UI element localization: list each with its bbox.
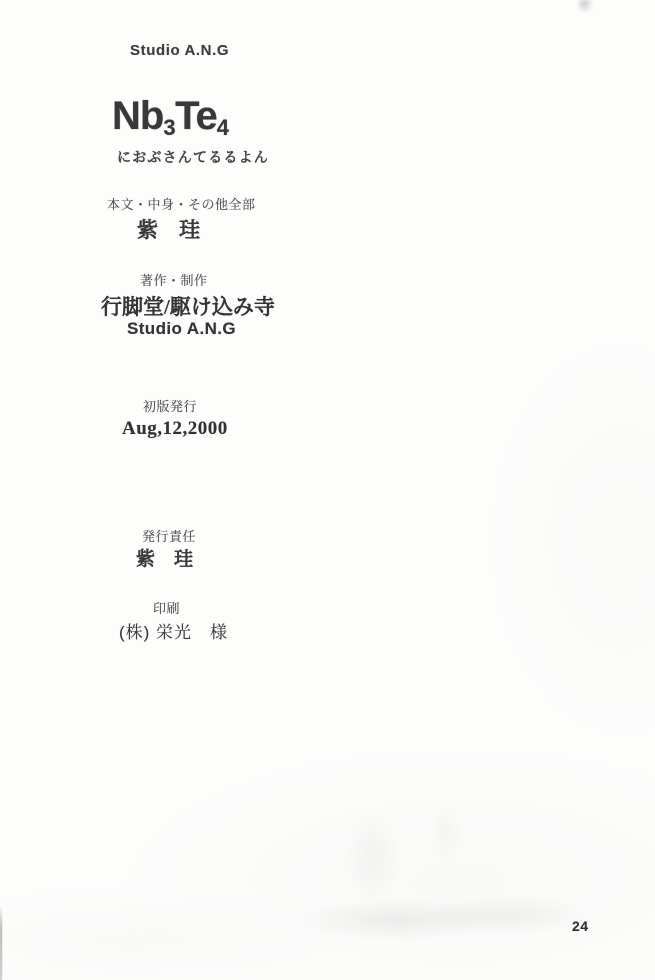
credit-label-printing: 印刷 bbox=[153, 598, 180, 617]
studio-name-header: Studio A.N.G bbox=[130, 42, 229, 59]
credit-value-body-text-author: 紫 珪 bbox=[137, 214, 200, 244]
book-title: Nb3Te4 bbox=[112, 94, 229, 139]
page-number: 24 bbox=[572, 918, 589, 934]
colophon-page: Studio A.N.G Nb3Te4 におぶさんてるるよん 本文・中身・その他… bbox=[0, 0, 655, 980]
book-title-kana-reading: におぶさんてるるよん bbox=[117, 147, 269, 167]
credit-value-publication-date: Aug,12,2000 bbox=[122, 418, 228, 440]
credit-value-circle-name: 行脚堂/駆け込み寺 bbox=[101, 291, 275, 321]
credit-value-publisher-name: 紫 珪 bbox=[136, 544, 193, 571]
credit-value-studio-name: Studio A.N.G bbox=[127, 319, 236, 339]
scan-smudge-top-right bbox=[578, 0, 594, 14]
credit-label-publishing-responsibility: 発行責任 bbox=[142, 526, 196, 545]
credit-label-authorship: 著作・制作 bbox=[140, 270, 208, 289]
credit-value-printing-company: (株) 栄光 様 bbox=[119, 618, 228, 643]
book-title-part2: Te bbox=[175, 94, 217, 138]
scan-edge-artifact-left bbox=[0, 905, 2, 980]
book-title-subscript2: 4 bbox=[217, 115, 229, 140]
credit-label-body-text: 本文・中身・その他全部 bbox=[107, 194, 256, 213]
credit-label-first-edition: 初版発行 bbox=[143, 396, 197, 415]
scan-bleedthrough-ghost bbox=[270, 800, 590, 960]
book-title-subscript1: 3 bbox=[163, 115, 175, 140]
book-title-part1: Nb bbox=[112, 94, 163, 138]
